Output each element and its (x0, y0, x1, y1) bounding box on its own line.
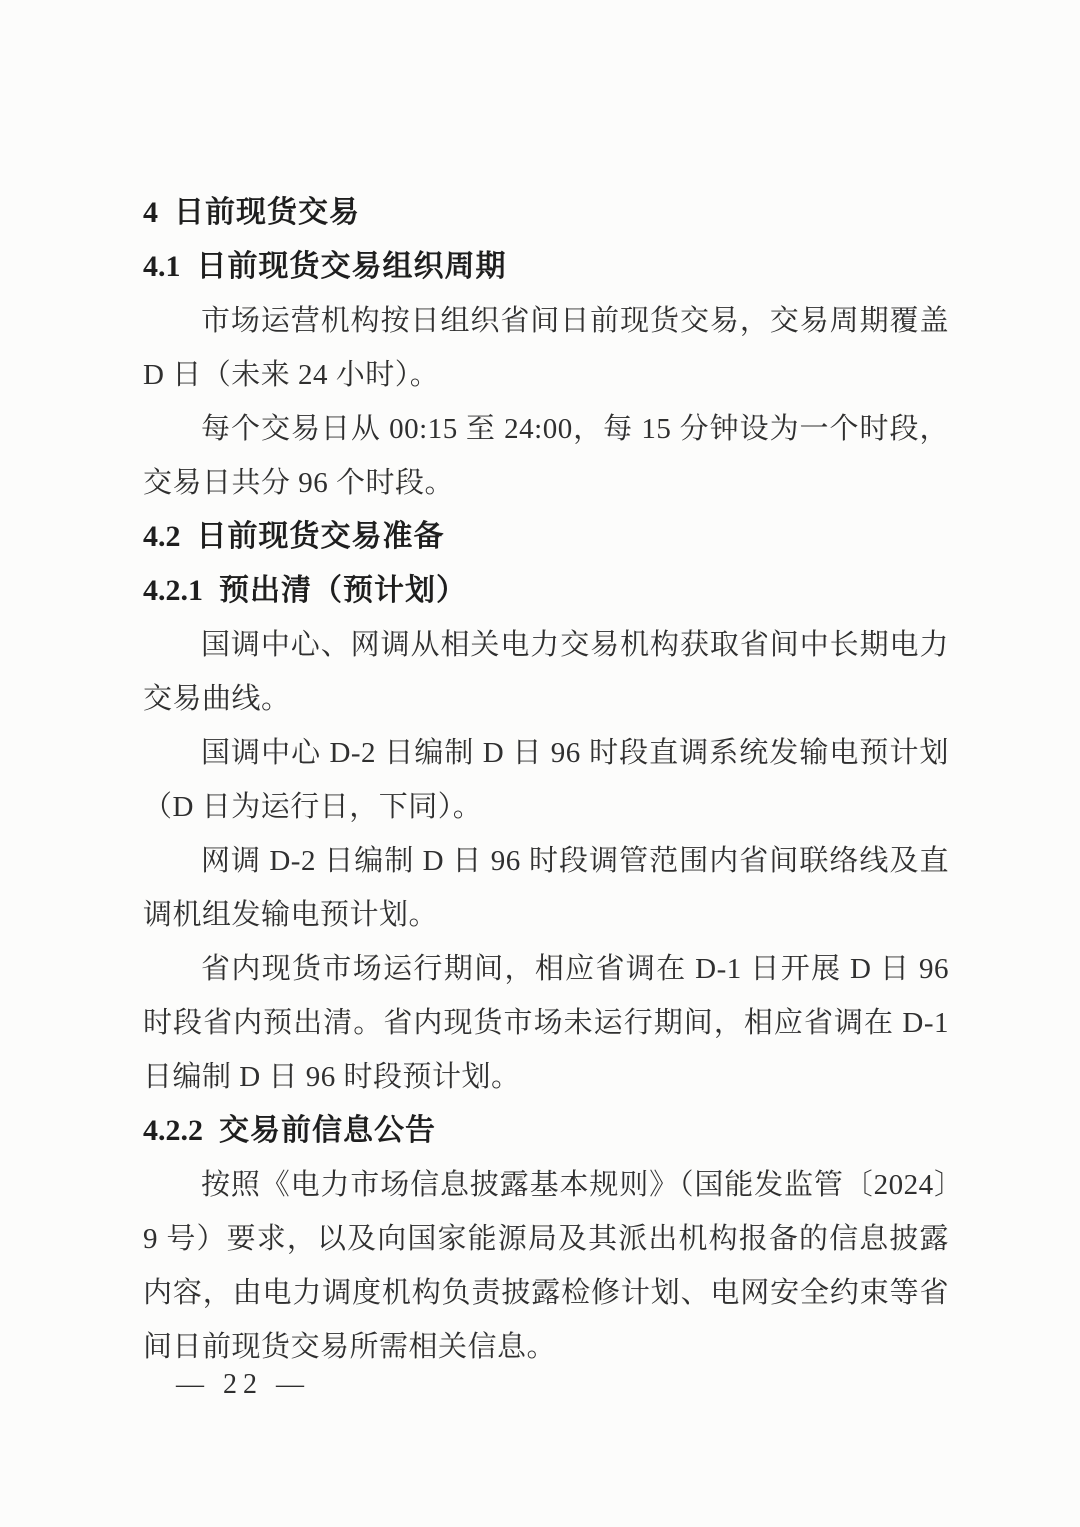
section-heading-4: 4日前现货交易 (143, 186, 949, 240)
heading-number: 4 (143, 196, 158, 229)
heading-number: 4.2.2 (143, 1114, 203, 1147)
heading-title: 预出清（预计划） (219, 574, 467, 607)
section-heading-4-2-2: 4.2.2交易前信息公告 (143, 1104, 949, 1158)
heading-title: 日前现货交易准备 (197, 520, 445, 553)
section-heading-4-2-1: 4.2.1预出清（预计划） (143, 564, 949, 618)
section-heading-4-1: 4.1日前现货交易组织周期 (143, 240, 949, 294)
paragraph-trading-day-slots: 每个交易日从 00:15 至 24:00，每 15 分钟设为一个时段，交易日共分… (143, 402, 949, 510)
heading-title: 日前现货交易组织周期 (197, 250, 507, 283)
page-number: — 22 — (176, 1364, 310, 1406)
paragraph-national-dispatch-plan: 国调中心 D-2 日编制 D 日 96 时段直调系统发输电预计划（D 日为运行日… (143, 726, 949, 834)
heading-number: 4.2.1 (143, 574, 203, 607)
paragraph-provincial-preclearing: 省内现货市场运行期间，相应省调在 D-1 日开展 D 日 96 时段省内预出清。… (143, 942, 949, 1104)
heading-number: 4.2 (143, 520, 181, 553)
paragraph-curve-acquisition: 国调中心、网调从相关电力交易机构获取省间中长期电力交易曲线。 (143, 618, 949, 726)
heading-number: 4.1 (143, 250, 181, 283)
document-page: 4日前现货交易 4.1日前现货交易组织周期 市场运营机构按日组织省间日前现货交易… (0, 0, 1080, 1527)
page-content: 4日前现货交易 4.1日前现货交易组织周期 市场运营机构按日组织省间日前现货交易… (143, 186, 949, 1374)
heading-title: 交易前信息公告 (219, 1114, 436, 1147)
paragraph-information-disclosure: 按照《电力市场信息披露基本规则》（国能发监管〔2024〕9 号）要求，以及向国家… (143, 1158, 949, 1374)
section-heading-4-2: 4.2日前现货交易准备 (143, 510, 949, 564)
paragraph-grid-dispatch-plan: 网调 D-2 日编制 D 日 96 时段调管范围内省间联络线及直调机组发输电预计… (143, 834, 949, 942)
heading-title: 日前现货交易 (174, 196, 360, 229)
paragraph-trading-period: 市场运营机构按日组织省间日前现货交易，交易周期覆盖 D 日（未来 24 小时）。 (143, 294, 949, 402)
